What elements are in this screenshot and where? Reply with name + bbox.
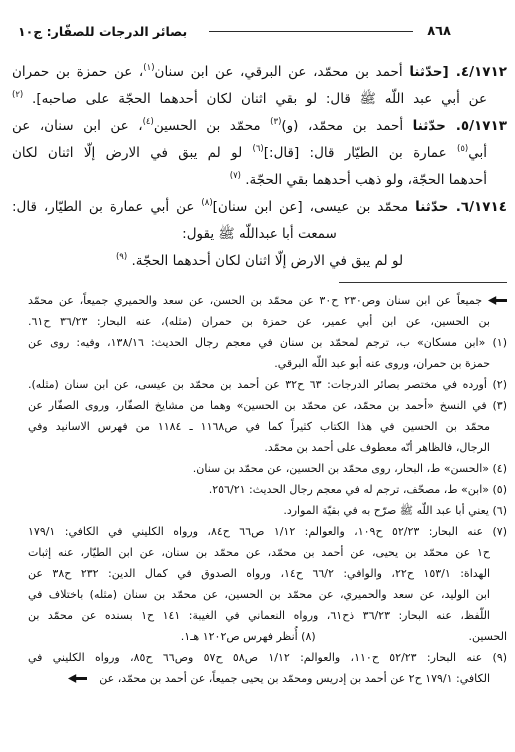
footnote-text: الهداة: ١٥٣/١ ح٢٢، والوافي: ٦٦/٢ ح١٤، ور…: [28, 567, 490, 580]
footnote-7-end-and-footnote-8: الحسين.(٨) أُنظر فهرس ص١٢٠٢ هـ١.: [28, 626, 507, 647]
footnote-text: (٤) «الحسن» ط، البحار، روى محمّد بن الحس…: [193, 462, 507, 475]
footnote-text: الكافي: ١٧٩/١ ح٢ عن أحمد بن إدريس ومحمّد…: [99, 672, 490, 685]
footnote-3-line-3: الرجال، فالظاهر أنّه معطوف على أحمد بن م…: [28, 437, 507, 458]
hadith-1713-line-3: أحدهما الحجّة، ولو ذهب أحدهما بقي الحجّة…: [12, 167, 507, 194]
hadith-1712-line-2: عن أبي عبد اللّه ﷺ قال: لو بقي اثنان لكا…: [12, 86, 507, 113]
hadith-line-text: أبي(٥) عمارة بن الطيّار قال: [قال:](٦) ل…: [12, 145, 487, 161]
footnote-continuation-line-1: جميعاً عن ابن سنان وص٢٣٠ ح٣٠ عن محمّد بن…: [28, 290, 507, 311]
footnote-1-line-1: (١) «ابن مسكان» ب، ترجم لمحمّد بن سنان ف…: [28, 332, 507, 353]
footnote-text: (٦) يعني أبا عبد اللّه ﷺ صرّح به في بقيّ…: [283, 504, 507, 517]
hadith-1714-line-2: سمعت أبا عبداللّه ﷺ يقول:: [12, 221, 507, 248]
footnote-3-line-2: محمّد بن الحسين في هذا الكتاب كثيراً كما…: [28, 416, 507, 437]
hadith-1714-line-3: لو لم يبق في الارض إلّا اثنان لكان أحدهم…: [12, 248, 507, 275]
footnote-text: جميعاً عن ابن سنان وص٢٣٠ ح٣٠ عن محمّد بن…: [28, 294, 482, 307]
footnote-7-line-5: اللّفظ، عنه البحار: ٣٦/٢٣ ذح٦١، ورواه ال…: [28, 605, 507, 626]
hadith-line-text: لو لم يبق في الارض إلّا اثنان لكان أحدهم…: [116, 253, 403, 269]
hadith-text-block: ٤/١٧١٢. [حدّثنا أحمد بن محمّد، عن البرقي…: [0, 59, 515, 275]
footnote-7-line-4: ابن الوليد، عن سعد والحميري، عن محمّد بن…: [28, 584, 507, 605]
footnote-text: حمزة بن حمران، وروى عنه أبو عبد اللّه ال…: [274, 357, 490, 370]
footnote-text: (٢) أورده في مختصر بصائر الدرجات: ٦٣ ح٣٢…: [28, 378, 507, 391]
footnote-separator: [339, 282, 507, 283]
hadith-1712-number: ٤/١٧١٢. [حدّثنا: [409, 64, 507, 80]
footnote-7-line-1: (٧) عنه البحار: ٥٢/٢٣ ح١٠٩، والعوالم: ١/…: [28, 521, 507, 542]
footnote-2-line-1: (٢) أورده في مختصر بصائر الدرجات: ٦٣ ح٣٢…: [28, 374, 507, 395]
footnote-8-text: (٨) أُنظر فهرس ص١٢٠٢ هـ١.: [28, 626, 468, 647]
footnote-7-last-word: الحسين.: [468, 626, 507, 647]
footnote-text: (٥) «ابن» ط، مصحّف، ترجم له في معجم رجال…: [209, 483, 507, 496]
hadith-1713-line-2: أبي(٥) عمارة بن الطيّار قال: [قال:](٦) ل…: [12, 140, 507, 167]
footnote-text: (٧) عنه البحار: ٥٢/٢٣ ح١٠٩، والعوالم: ١/…: [28, 525, 507, 538]
hadith-line-text: محمّد بن عيسى، [عن ابن سنان](٨) عن أبي ع…: [12, 199, 415, 215]
hadith-line-text: عن أبي عبد اللّه ﷺ قال: لو بقي اثنان لكا…: [12, 91, 487, 107]
hadith-1712-line-1: ٤/١٧١٢. [حدّثنا أحمد بن محمّد، عن البرقي…: [12, 59, 507, 86]
footnote-9-line-2: الكافي: ١٧٩/١ ح٢ عن أحمد بن إدريس ومحمّد…: [28, 668, 507, 689]
hadith-line-text: أحمد بن محمّد، (و)(٣) محمّد بن الحسين(٤)…: [12, 118, 413, 134]
footnote-1-line-2: حمزة بن حمران، وروى عنه أبو عبد اللّه ال…: [28, 353, 507, 374]
footnote-7-line-2: ح١ عن محمّد بن يحيى، عن أحمد بن محمّد، ع…: [28, 542, 507, 563]
footnote-5-line-1: (٥) «ابن» ط، مصحّف، ترجم له في معجم رجال…: [28, 479, 507, 500]
hadith-1714-number: ٦/١٧١٤. حدّثنا: [415, 199, 507, 215]
footnote-continuation-line-2: بن الحسين، عن ابن أبي عمير، عن حمزة بن ح…: [28, 311, 507, 332]
footnote-text: الرجال، فالظاهر أنّه معطوف على أحمد بن م…: [264, 441, 490, 454]
book-page: ٨٦٨ بصائر الدرجات للصفّار: ج١٠ ٤/١٧١٢. […: [0, 0, 515, 752]
continuation-arrow-icon: [488, 291, 507, 311]
footnote-6-line-1: (٦) يعني أبا عبد اللّه ﷺ صرّح به في بقيّ…: [28, 500, 507, 521]
continuation-arrow-icon: [68, 669, 87, 689]
page-header: ٨٦٨ بصائر الدرجات للصفّار: ج١٠: [0, 0, 515, 39]
footnotes-block: جميعاً عن ابن سنان وص٢٣٠ ح٣٠ عن محمّد بن…: [0, 290, 515, 689]
hadith-1714-line-1: ٦/١٧١٤. حدّثنا محمّد بن عيسى، [عن ابن سن…: [12, 194, 507, 221]
footnote-text: (٣) في النسخ «أحمد بن محمّد، عن محمّد بن…: [28, 399, 507, 412]
hadith-1713-line-1: ٥/١٧١٣. حدّثنا أحمد بن محمّد، (و)(٣) محم…: [12, 113, 507, 140]
footnote-text: (١) «ابن مسكان» ب، ترجم لمحمّد بن سنان ف…: [28, 336, 507, 349]
hadith-line-text: أحمد بن محمّد، عن البرقي، عن ابن سنان(١)…: [12, 64, 409, 80]
book-title: بصائر الدرجات للصفّار: ج١٠: [18, 24, 187, 39]
footnote-3-line-1: (٣) في النسخ «أحمد بن محمّد، عن محمّد بن…: [28, 395, 507, 416]
hadith-line-text: أحدهما الحجّة، ولو ذهب أحدهما بقي الحجّة…: [230, 172, 487, 188]
footnote-text: محمّد بن الحسين في هذا الكتاب كثيراً كما…: [28, 420, 490, 433]
footnote-text: اللّفظ، عنه البحار: ٣٦/٢٣ ذح٦١، ورواه ال…: [28, 609, 490, 622]
footnote-7-line-3: الهداة: ١٥٣/١ ح٢٢، والوافي: ٦٦/٢ ح١٤، ور…: [28, 563, 507, 584]
footnote-text: بن الحسين، عن ابن أبي عمير، عن حمزة بن ح…: [28, 315, 490, 328]
footnote-text: ابن الوليد، عن سعد والحميري، عن محمّد بن…: [28, 588, 490, 601]
footnote-text: ح١ عن محمّد بن يحيى، عن أحمد بن محمّد، ع…: [28, 546, 490, 559]
footnote-9-line-1: (٩) عنه البحار: ٥٢/٢٣ ح١١٠، والعوالم: ١/…: [28, 647, 507, 668]
footnote-text: (٩) عنه البحار: ٥٢/٢٣ ح١١٠، والعوالم: ١/…: [28, 651, 507, 664]
header-rule: [209, 31, 413, 32]
page-number: ٨٦٨: [427, 24, 451, 39]
hadith-line-text: سمعت أبا عبداللّه ﷺ يقول:: [182, 226, 337, 242]
hadith-1713-number: ٥/١٧١٣. حدّثنا: [413, 118, 507, 134]
footnote-4-line-1: (٤) «الحسن» ط، البحار، روى محمّد بن الحس…: [28, 458, 507, 479]
